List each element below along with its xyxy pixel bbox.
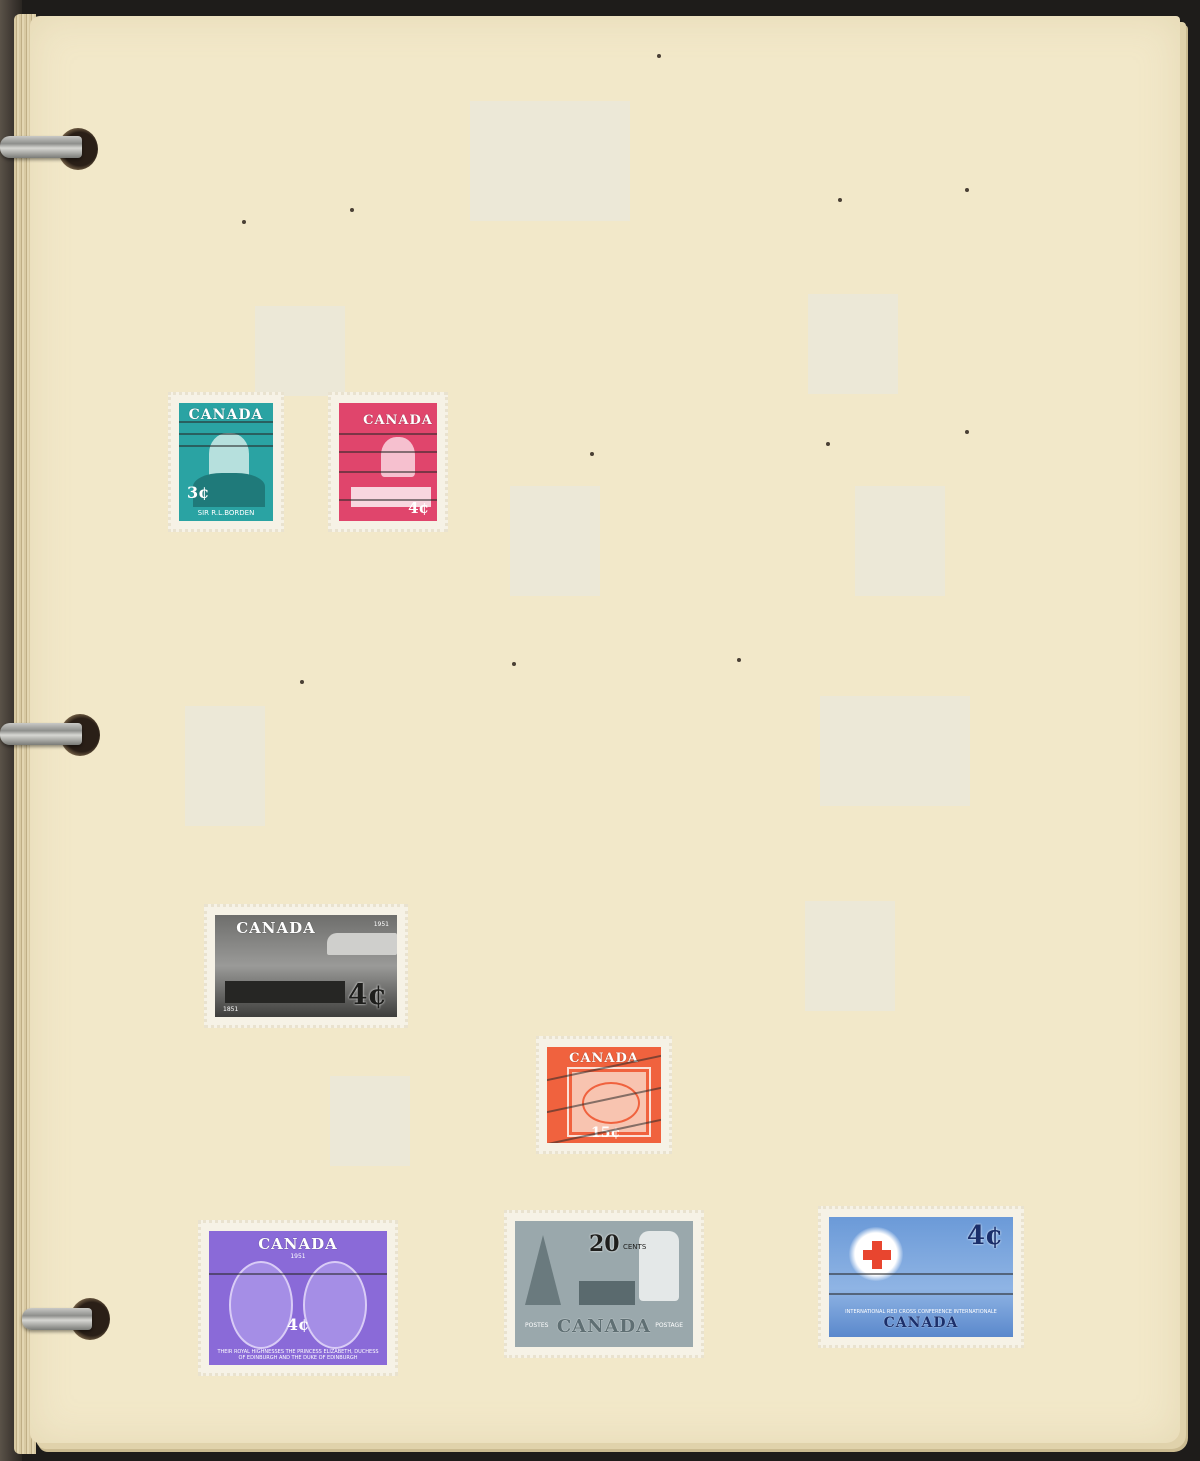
stamp-value: 4¢ (967, 1221, 1003, 1251)
stamp-design: CANADA 1951 1851 4¢ (215, 915, 397, 1017)
cancellation (829, 1293, 1013, 1295)
hinge-mark (512, 662, 516, 666)
hinge-mark (838, 198, 842, 202)
cancellation (339, 499, 437, 501)
stamp-value: 3¢ (187, 483, 209, 502)
empty-stamp-space (255, 306, 345, 396)
cancellation (179, 433, 273, 435)
stamp-country: CANADA (339, 413, 437, 428)
hinge-mark (590, 452, 594, 456)
cancellation (339, 433, 437, 435)
hinge-mark (350, 208, 354, 212)
hinge-mark (965, 430, 969, 434)
stamp-design: CANADA 4¢ (339, 403, 437, 521)
empty-stamp-space (808, 294, 898, 394)
stamp-caption: SIR R.L.BORDEN (187, 509, 265, 517)
cancellation (179, 421, 273, 423)
stamp-value: 20 (589, 1231, 620, 1257)
hinge-mark (737, 658, 741, 662)
stamp-borden[interactable]: CANADA 3¢ SIR R.L.BORDEN (168, 392, 284, 532)
stamp-value-unit: CENTS (623, 1243, 646, 1251)
stamp-year: 1851 (223, 1006, 238, 1013)
stamp-red-cross[interactable]: 4¢ INTERNATIONAL RED CROSS CONFERENCE IN… (818, 1206, 1024, 1348)
empty-stamp-space (820, 696, 970, 806)
paper-roll (639, 1231, 679, 1301)
stamp-country: CANADA (209, 1235, 387, 1253)
binder-ring (0, 723, 82, 745)
stamp-design: CANADA 15¢ (547, 1047, 661, 1143)
diesel-locomotive (327, 933, 397, 955)
stamp-design: 4¢ INTERNATIONAL RED CROSS CONFERENCE IN… (829, 1217, 1013, 1337)
hinge-mark (300, 680, 304, 684)
stamp-design: CANADA 1951 4¢ THEIR ROYAL HIGHNESSES TH… (209, 1231, 387, 1365)
stamp-beaver[interactable]: CANADA 15¢ (536, 1036, 672, 1154)
empty-stamp-space (855, 486, 945, 596)
cancellation (339, 471, 437, 473)
stamp-train[interactable]: CANADA 1951 1851 4¢ (204, 904, 408, 1028)
steam-locomotive (225, 981, 345, 1003)
cancellation (179, 445, 273, 447)
tree (525, 1235, 561, 1305)
hinge-mark (657, 54, 661, 58)
hinge-mark (965, 188, 969, 192)
binder-ring (0, 136, 82, 158)
stamp-postage: POSTAGE (655, 1322, 683, 1329)
empty-stamp-space (470, 101, 630, 221)
stamp-year: 1951 (209, 1253, 387, 1260)
stamp-pulp-paper[interactable]: 20 CENTS POSTES CANADA POSTAGE (504, 1210, 704, 1358)
cancellation (829, 1273, 1013, 1275)
stamp-design: 20 CENTS POSTES CANADA POSTAGE (515, 1221, 693, 1347)
cancellation (339, 451, 437, 453)
factory (579, 1281, 635, 1305)
red-cross-icon (872, 1241, 882, 1269)
stamp-king[interactable]: CANADA 4¢ (328, 392, 448, 532)
empty-stamp-space (185, 706, 265, 826)
empty-stamp-space (805, 901, 895, 1011)
stamp-royal-visit[interactable]: CANADA 1951 4¢ THEIR ROYAL HIGHNESSES TH… (198, 1220, 398, 1376)
stamp-country: CANADA (829, 1315, 1013, 1331)
binder-ring (22, 1308, 92, 1330)
hinge-mark (826, 442, 830, 446)
hinge-mark (242, 220, 246, 224)
stamp-caption: THEIR ROYAL HIGHNESSES THE PRINCESS ELIZ… (217, 1349, 379, 1361)
cancellation (209, 1273, 387, 1275)
stamp-value: 4¢ (209, 1315, 387, 1334)
empty-stamp-space (510, 486, 600, 596)
stamp-design: CANADA 3¢ SIR R.L.BORDEN (179, 403, 273, 521)
empty-stamp-space (330, 1076, 410, 1166)
stamp-year: 1951 (374, 921, 389, 928)
stamp-value: 4¢ (348, 978, 387, 1011)
stamp-value: 4¢ (408, 499, 429, 517)
